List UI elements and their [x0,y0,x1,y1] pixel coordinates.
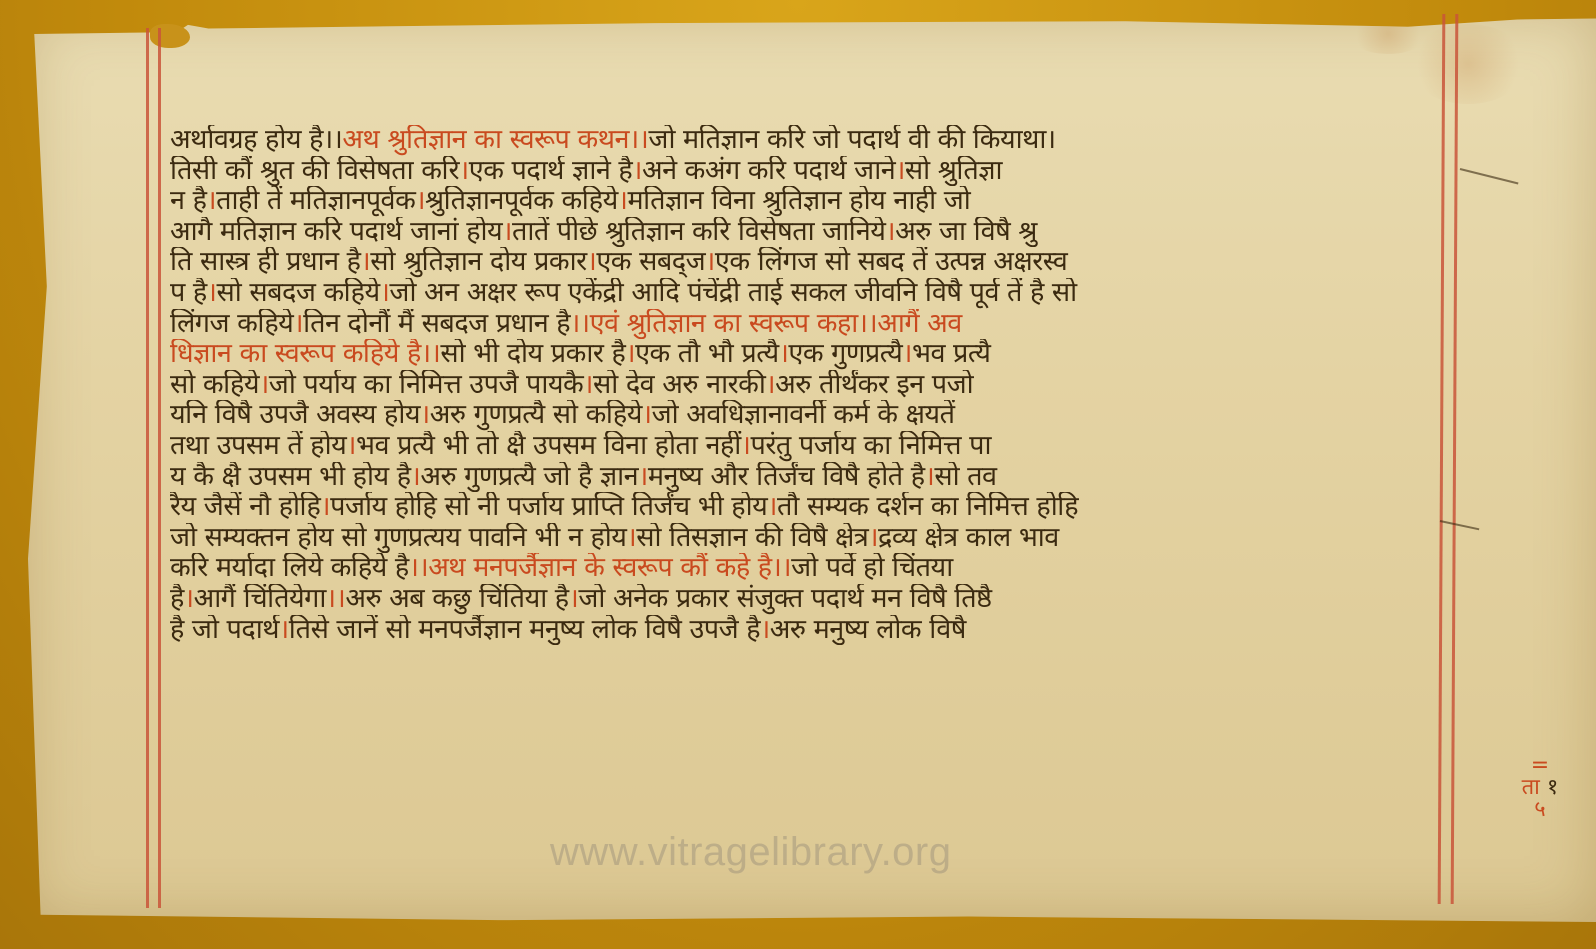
rubric-segment: । [380,278,390,308]
rubric-segment: । [868,523,878,553]
rubric-segment: । [411,462,421,492]
rubric-segment: । [459,156,469,186]
text-segment: एक तौ भौ प्रत्यै [635,339,779,369]
folio-number-digit: १ [1547,775,1558,800]
text-segment: अरु गुणप्रत्यै सो कहिये [430,400,642,430]
rubric-segment: । [206,186,216,216]
text-segment: जो अन अक्षर रूप एकेंद्री आदि पंचेंद्री त… [389,278,1076,308]
rubric-segment: । [279,615,289,645]
text-segment: अने कअंग करि पदार्थ जाने [642,156,895,186]
text-segment: एक लिंगज सो सबद तें उत्पन्न अक्षरस्व [715,247,1067,277]
folio-number-sub: ५ [1500,799,1580,821]
text-segment: ताही तें मतिज्ञानपूर्वक [216,186,415,216]
rubric-segment: । [885,217,895,247]
text-line: तिसी कौं श्रुत की विसेषता करि।एक पदार्थ … [170,156,1460,187]
text-segment: एक गुणप्रत्यै [788,339,902,369]
text-segment: अरु तीर्थंकर इन पजो [775,370,973,400]
text-segment: न है [170,186,206,216]
text-line: न है।ताही तें मतिज्ञानपूर्वक।श्रुतिज्ञान… [170,186,1460,217]
text-segment: सो भी दोय प्रकार है [440,339,625,369]
text-segment: करि मर्यादा लिये कहिये है [170,553,409,583]
text-segment: भव प्रत्यै भी तो क्षै उपसम विना होता नही… [356,431,741,461]
text-segment: तिन दोनौं मैं सबदज प्रधान है [303,309,570,339]
text-segment: सो तव [934,462,996,492]
text-line: है जो पदार्थ।तिसे जानें सो मनपर्जैज्ञान … [170,615,1460,646]
rubric-segment: । [320,492,330,522]
rubric-segment: आगैं अव [877,309,962,339]
left-border-rule-inner [158,28,161,908]
text-segment: य कै क्षै उपसम भी होय है [170,462,411,492]
text-segment: है जो पदार्थ [170,615,279,645]
rubric-segment: । [902,339,912,369]
text-line: ति सास्त्र ही प्रधान है।सो श्रुतिज्ञान द… [170,247,1460,278]
text-segment: प है [170,278,207,308]
text-segment: जो अवधिज्ञानावर्नी कर्म के क्षयतें [652,400,955,430]
text-segment: तिसी कौं श्रुत की विसेषता करि [170,156,459,186]
text-segment: रैय जैसें नौ होहि [170,492,320,522]
rubric-segment: । [415,186,425,216]
folio-number: = ता १ ५ [1500,755,1580,821]
text-segment: आगै मतिज्ञान करि पदार्थ जानां होय [170,217,502,247]
rubric-segment: । [642,400,652,430]
text-line: है।आगैं चिंतियेगा।।अरु अब कछु चिंतिया है… [170,584,1460,615]
text-segment: सो श्रुतिज्ञा [905,156,1002,186]
text-line: धिज्ञान का स्वरूप कहिये है।।सो भी दोय प्… [170,339,1460,370]
rubric-segment: । [895,156,905,186]
text-segment: अरु अब कछु चिंतिया है [345,584,568,614]
text-line: जो सम्यक्तन होय सो गुणप्रत्यय पावनि भी न… [170,523,1460,554]
text-segment: एक पदार्थ ज्ञाने है [469,156,632,186]
rubric-segment: । [625,339,635,369]
text-segment: श्रुतिज्ञानपूर्वक कहिये [425,186,618,216]
rubric-segment: । [184,584,194,614]
rubric-segment: । [765,370,775,400]
folio-number-mark: = [1500,755,1580,777]
text-segment: सो देव अरु नारकी [593,370,765,400]
text-line: लिंगज कहिये।तिन दोनौं मैं सबदज प्रधान है… [170,309,1460,340]
rubric-segment: । [502,217,512,247]
text-segment: मनुष्य और तिर्जंच विषै होते है [648,462,925,492]
rubric-segment: अथ मनपर्जैज्ञान के स्वरूप कौं कहे है।। [428,553,791,583]
rubric-segment: । [346,431,356,461]
text-segment: अरु गुणप्रत्यै जो है ज्ञान [420,462,638,492]
rubric-segment: । [638,462,648,492]
text-line: प है।सो सबदज कहिये।जो अन अक्षर रूप एकेंद… [170,278,1460,309]
text-segment: सो सबदज कहिये [217,278,380,308]
rubric-segment: ।। [570,309,589,339]
rubric-segment: । [420,400,430,430]
rubric-segment: । [569,584,579,614]
text-segment: जो अनेक प्रकार संजुक्त पदार्थ मन विषै ति… [578,584,991,614]
text-segment: ति सास्त्र ही प्रधान है [170,247,360,277]
rubric-segment: । [618,186,628,216]
text-segment: आगैं चिंतियेगा [194,584,326,614]
rubric-segment: । [259,370,269,400]
text-line: यनि विषै उपजै अवस्य होय।अरु गुणप्रत्यै स… [170,400,1460,431]
rubric-segment: । [626,523,636,553]
text-segment: यनि विषै उपजै अवस्य होय [170,400,420,430]
text-line: अर्थावग्रह होय है।।अथ श्रुतिज्ञान का स्व… [170,125,1460,156]
rubric-segment: ।। [409,553,428,583]
rubric-segment: । [207,278,217,308]
rubric-segment: । [767,492,777,522]
manuscript-text: अर्थावग्रह होय है।।अथ श्रुतिज्ञान का स्व… [170,125,1460,645]
rubric-segment: धिज्ञान का स्वरूप कहिये है।। [170,339,440,369]
text-line: आगै मतिज्ञान करि पदार्थ जानां होय।तातें … [170,217,1460,248]
text-line: सो कहिये।जो पर्याय का निमित्त उपजै पायकै… [170,370,1460,401]
text-segment: जो सम्यक्तन होय सो गुणप्रत्यय पावनि भी न… [170,523,626,553]
rubric-segment: ।। [326,584,345,614]
text-segment: सो तिसज्ञान की विषै क्षेत्र [636,523,868,553]
text-segment: लिंगज कहिये [170,309,293,339]
text-segment: तिसे जानें सो मनपर्जैज्ञान मनुष्य लोक वि… [289,615,760,645]
text-line: य कै क्षै उपसम भी होय है।अरु गुणप्रत्यै … [170,462,1460,493]
text-segment: सो कहिये [170,370,259,400]
rubric-segment: । [360,247,370,277]
text-segment: द्रव्य क्षेत्र काल भाव [878,523,1059,553]
left-border-rule-outer [146,28,149,908]
text-segment: एक सबद्ज [596,247,705,277]
text-segment: जो मतिज्ञान करि जो पदार्थ वी की कियाथा। [648,125,1055,155]
text-line: रैय जैसें नौ होहि।पर्जाय होहि सो नी पर्ज… [170,492,1460,523]
rubric-segment: । [632,156,642,186]
text-segment: तथा उपसम तें होय [170,431,346,461]
text-segment: मतिज्ञान विना श्रुतिज्ञान होय नाही जो [627,186,970,216]
text-segment: परंतु पर्जाय का निमित्त पा [751,431,991,461]
text-segment: जो पर्याय का निमित्त उपजै पायकै [269,370,583,400]
rubric-segment: । [583,370,593,400]
rubric-segment: । [760,615,770,645]
text-segment: पर्जाय होहि सो नी पर्जाय प्राप्ति तिर्जं… [330,492,767,522]
text-segment: अरु जा विषै श्रु [895,217,1037,247]
text-segment: अरु मनुष्य लोक विषै [770,615,966,645]
text-line: करि मर्यादा लिये कहिये है।।अथ मनपर्जैज्ञ… [170,553,1460,584]
text-segment: भव प्रत्यै [912,339,990,369]
rubric-segment: । [925,462,935,492]
text-segment: जो पर्वे हो चिंतया [791,553,953,583]
text-segment: है [170,584,184,614]
text-segment: सो श्रुतिज्ञान दोय प्रकार [370,247,586,277]
rubric-segment: । [741,431,751,461]
text-segment: तातें पीछे श्रुतिज्ञान करि विसेषता जानिय… [512,217,885,247]
text-segment: तौ सम्यक दर्शन का निमित्त होहि [777,492,1078,522]
rubric-segment: । [587,247,597,277]
rubric-segment: । [293,309,303,339]
watermark: www.vitragelibrary.org [550,830,952,875]
rubric-segment: । [705,247,715,277]
worm-hole [150,24,190,48]
text-segment: अर्थावग्रह होय है।। [170,125,342,155]
rubric-segment: अथ श्रुतिज्ञान का स्वरूप कथन।। [342,125,648,155]
rubric-segment: । [779,339,789,369]
text-line: तथा उपसम तें होय।भव प्रत्यै भी तो क्षै उ… [170,431,1460,462]
rubric-segment: एवं श्रुतिज्ञान का स्वरूप कहा।। [590,309,878,339]
